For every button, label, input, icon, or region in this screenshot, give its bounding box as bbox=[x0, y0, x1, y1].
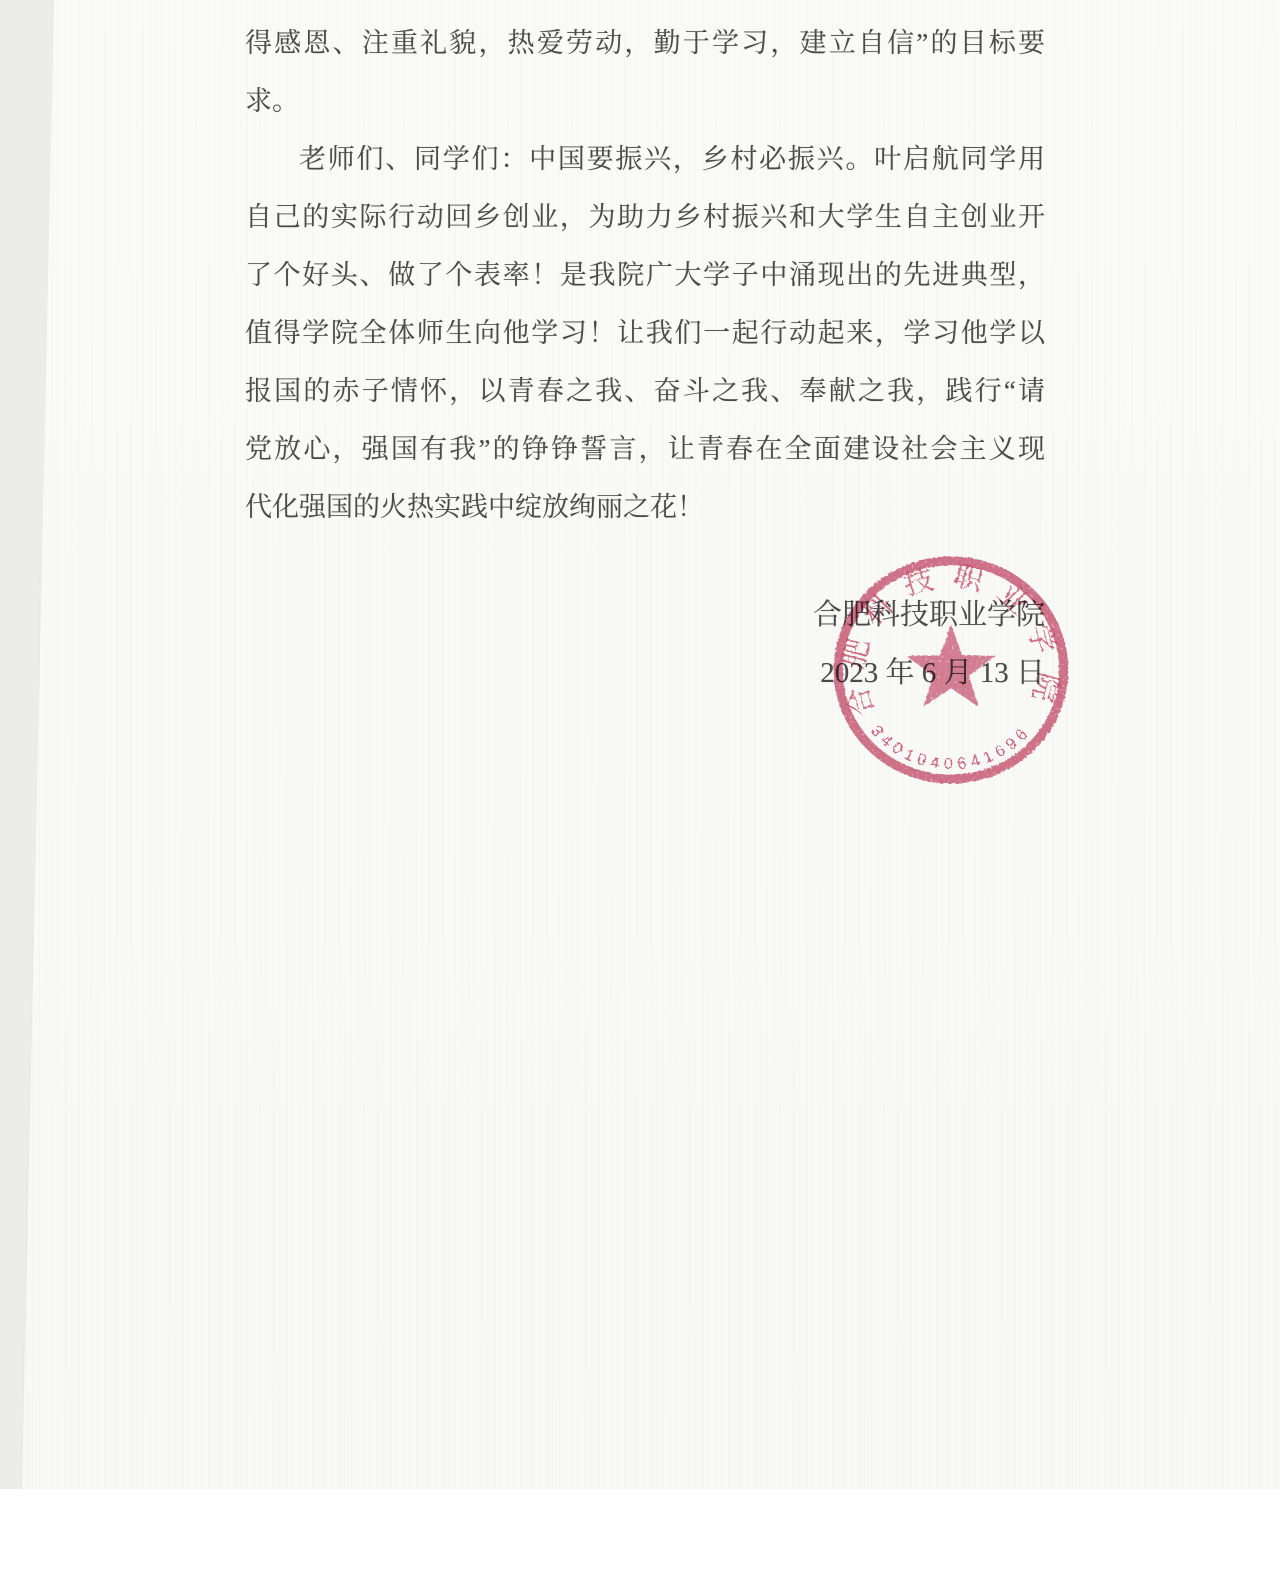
text-line: 得感恩、注重礼貌，热爱劳动，勤于学习，建立自信”的目标要 bbox=[245, 14, 1045, 72]
text-line: 报国的赤子情怀，以青春之我、奋斗之我、奉献之我，践行“请 bbox=[245, 362, 1045, 420]
seal-star-icon bbox=[906, 624, 996, 707]
text-line: 求。 bbox=[245, 72, 1045, 130]
text-line: 了个好头、做了个表率！是我院广大学子中涌现出的先进典型， bbox=[245, 246, 1045, 304]
text-line: 值得学院全体师生向他学习！让我们一起行动起来，学习他学以 bbox=[245, 304, 1045, 362]
text-line: 老师们、同学们：中国要振兴，乡村必振兴。叶启航同学用 bbox=[245, 130, 1045, 188]
text-line: 党放心，强国有我”的铮铮誓言，让青春在全面建设社会主义现 bbox=[245, 420, 1045, 478]
scan-bottom-margin bbox=[0, 1489, 1280, 1576]
scanned-document-page: 得感恩、注重礼貌，热爱劳动，勤于学习，建立自信”的目标要求。老师们、同学们：中国… bbox=[0, 0, 1280, 1576]
text-line: 自己的实际行动回乡创业，为助力乡村振兴和大学生自主创业开 bbox=[245, 188, 1045, 246]
body-text: 得感恩、注重礼貌，热爱劳动，勤于学习，建立自信”的目标要求。老师们、同学们：中国… bbox=[245, 14, 1045, 536]
official-seal: 合肥科技职业学院 3401040641696 bbox=[828, 551, 1074, 789]
text-line: 代化强国的火热实践中绽放绚丽之花！ bbox=[245, 478, 1045, 536]
